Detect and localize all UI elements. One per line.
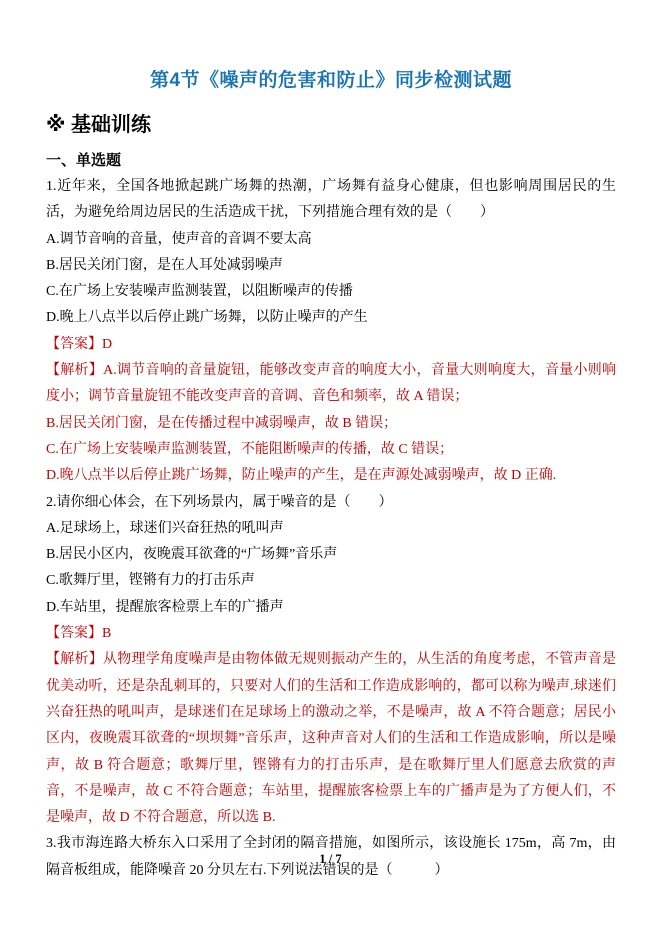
question-2-option-b: B.居民小区内，夜晚震耳欲聋的“广场舞”音乐声 xyxy=(46,542,616,568)
question-1-option-d: D.晚上八点半以后停止跳广场舞，以防止噪声的产生 xyxy=(46,305,616,331)
question-1-answer-line: 【答案】D xyxy=(46,332,616,358)
page-number-footer: 1 / 7 xyxy=(0,852,661,867)
analysis-label: 【解析】 xyxy=(46,652,103,667)
question-1-analysis-c: C.在广场上安装噪声监测装置，不能阻断噪声的传播，故 C 错误； xyxy=(46,437,616,463)
question-2-answer-line: 【答案】B xyxy=(46,621,616,647)
answer-label: 【答案】 xyxy=(46,337,102,352)
question-1-analysis-b: B.居民关闭门窗，是在传播过程中减弱噪声，故 B 错误； xyxy=(46,411,616,437)
question-1-option-b: B.居民关闭门窗，是在人耳处减弱噪声 xyxy=(46,253,616,279)
question-1-analysis-a: 【解析】A.调节音响的音量旋钮，能够改变声音的响度大小，音量大则响度大，音量小则… xyxy=(46,358,616,411)
question-2-analysis: 【解析】从物理学角度噪声是由物体做无规则振动产生的，从生活的角度考虑，不管声音是… xyxy=(46,647,616,831)
question-2-option-c: C.歌舞厅里，铿锵有力的打击乐声 xyxy=(46,568,616,594)
question-1-stem: 1.近年来，全国各地掀起跳广场舞的热潮，广场舞有益身心健康，但也影响周围居民的生… xyxy=(46,174,616,227)
subsection-heading-single-choice: 一、单选题 xyxy=(46,150,616,172)
analysis-label: 【解析】 xyxy=(46,363,103,378)
question-2-answer-value: B xyxy=(102,626,111,641)
question-1-option-c: C.在广场上安装噪声监测装置，以阻断噪声的传播 xyxy=(46,279,616,305)
document-page: 第4节《噪声的危害和防止》同步检测试题 ※ 基础训练 一、单选题 1.近年来，全… xyxy=(0,0,661,935)
question-2-analysis-text: 从物理学角度噪声是由物体做无规则振动产生的，从生活的角度考虑，不管声音是优美动听… xyxy=(46,652,616,825)
section-heading-basic-training: ※ 基础训练 xyxy=(46,111,616,139)
question-2-option-a: A.足球场上，球迷们兴奋狂热的吼叫声 xyxy=(46,516,616,542)
question-1-answer-value: D xyxy=(102,337,112,352)
question-1-analysis-a-text: A.调节音响的音量旋钮，能够改变声音的响度大小，音量大则响度大，音量小则响度小；… xyxy=(46,363,616,404)
question-2-option-d: D.车站里，提醒旅客检票上车的广播声 xyxy=(46,595,616,621)
answer-label: 【答案】 xyxy=(46,626,102,641)
document-title: 第4节《噪声的危害和防止》同步检测试题 xyxy=(46,68,616,94)
question-2-stem: 2.请你细心体会，在下列场景内，属于噪音的是（ ） xyxy=(46,490,616,516)
question-1-option-a: A.调节音响的音量，使声音的音调不要太高 xyxy=(46,227,616,253)
question-1-analysis-d: D.晚八点半以后停止跳广场舞，防止噪声的产生，是在声源处减弱噪声，故 D 正确. xyxy=(46,463,616,489)
